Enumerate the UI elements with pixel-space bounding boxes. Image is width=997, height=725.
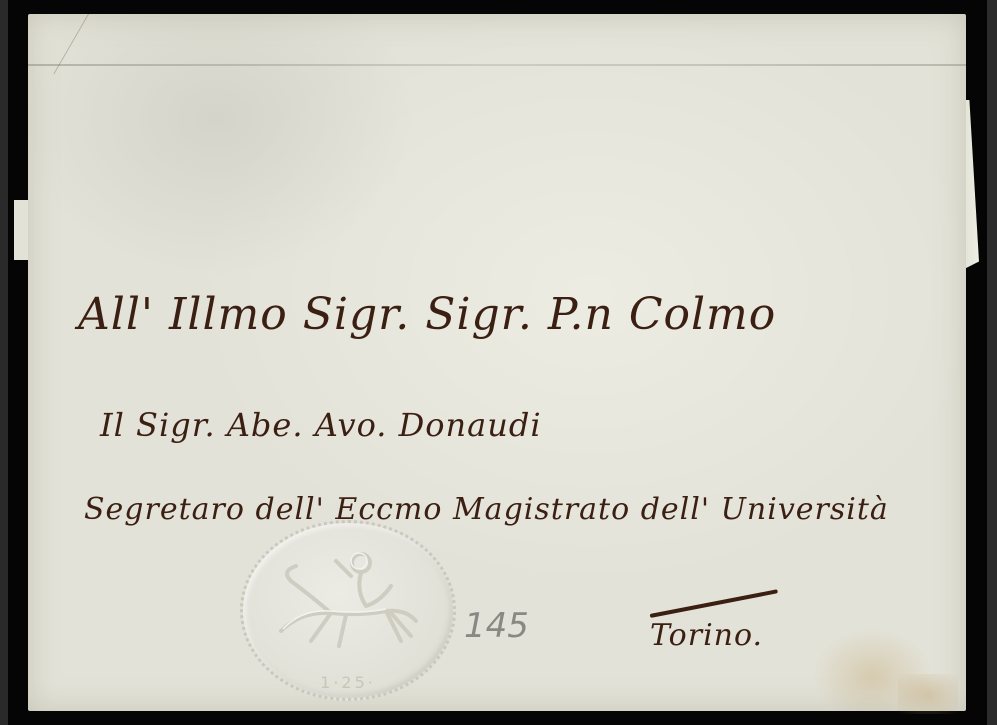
address-line-2: Il Sigr. Abe. Avo. Donaudi (100, 406, 542, 444)
foxing-stain (898, 674, 958, 714)
letter-cover: All' Illmo Sigr. Sigr. P.n Colmo Il Sigr… (28, 14, 966, 711)
fold-line (28, 64, 966, 66)
embossed-seal: 1·25· (240, 520, 456, 701)
frame-edge-left (0, 0, 8, 725)
seal-date: 1·25· (243, 673, 453, 692)
pencil-annotation: 145 (464, 606, 529, 646)
frame-edge-right (987, 0, 997, 725)
horseman-emblem-icon (271, 541, 431, 661)
destination-underline (650, 589, 778, 618)
destination-city: Torino. (650, 618, 763, 653)
address-line-1: All' Illmo Sigr. Sigr. P.n Colmo (78, 289, 776, 340)
address-line-3: Segretaro dell' Eccmo Magistrato dell' U… (84, 492, 889, 527)
